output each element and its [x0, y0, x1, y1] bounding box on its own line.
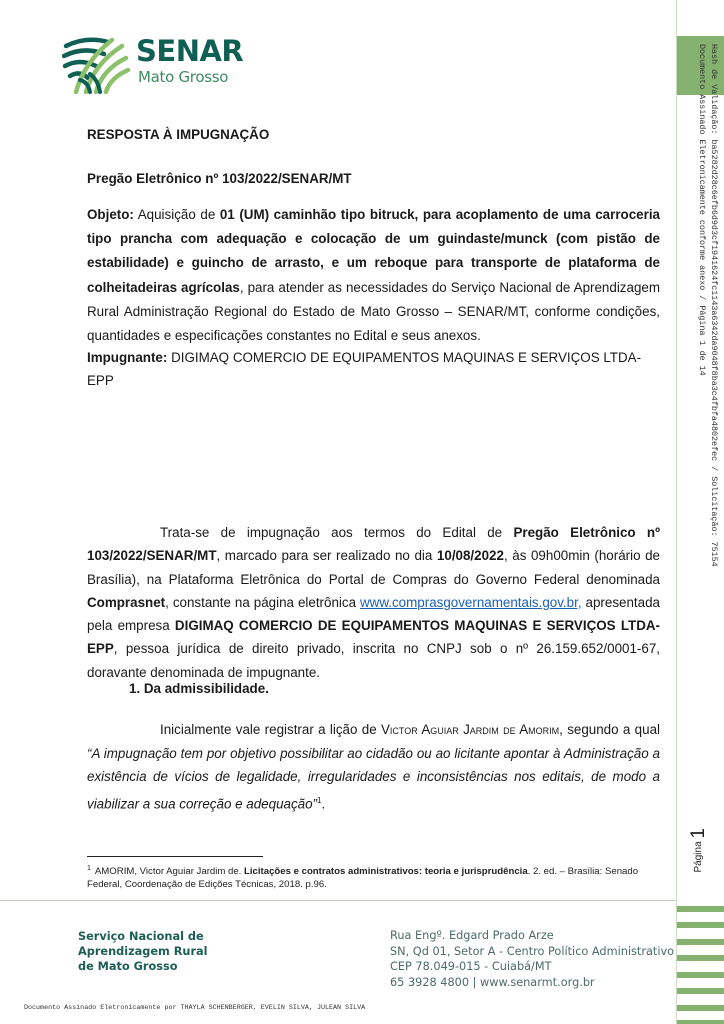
org-line: de Mato Grosso — [78, 959, 208, 974]
process-text: Pregão Eletrônico nº 103/2022/SENAR/MT — [87, 167, 660, 190]
senar-logo: SENAR Mato Grosso — [62, 32, 252, 94]
side-stripes — [677, 901, 724, 1024]
object-label: Objeto: — [87, 207, 134, 222]
signature-bar: Documento Assinado Eletronicamente por T… — [24, 1004, 365, 1012]
para1-text: , constante na página eletrônica — [165, 595, 360, 610]
para1-platform: Comprasnet — [87, 595, 165, 610]
address-line: SN, Qd 01, Setor A - Centro Político Adm… — [390, 944, 674, 960]
org-line: Aprendizagem Rural — [78, 944, 208, 959]
document-title: RESPOSTA À IMPUGNAÇÃO — [87, 123, 660, 146]
footer-organization: Serviço Nacional de Aprendizagem Rural d… — [78, 929, 208, 974]
object-paragraph: Objeto: Aquisição de 01 (UM) caminhão ti… — [87, 203, 660, 348]
impugnante-value: DIGIMAQ COMERCIO DE EQUIPAMENTOS MAQUINA… — [87, 350, 641, 388]
footnote-text: AMORIM, Victor Aguiar Jardim de. — [95, 866, 244, 877]
validation-hash: Hash de Validação: ba5282d28c6efb6d9d3cf… — [708, 44, 720, 567]
paragraph-admissibility: Inicialmente vale registrar a lição de V… — [87, 718, 660, 816]
section-1-title: 1. Da admissibilidade. — [129, 677, 649, 700]
impugnante-label: Impugnante: — [87, 350, 167, 365]
page-label: Página — [693, 841, 704, 872]
comprasgov-link[interactable]: www.comprasgovernamentais.gov.br, — [360, 595, 582, 610]
footnote-divider — [87, 856, 263, 857]
paragraph-intro: Trata-se de impugnação aos termos do Edi… — [87, 521, 660, 684]
address-line: CEP 78.049-015 - Cuiabá/MT — [390, 959, 674, 975]
page-number: 1 — [688, 828, 709, 839]
section-heading: 1. Da admissibilidade. — [129, 677, 649, 700]
footer-address: Rua Engº. Edgard Prado Arze SN, Qd 01, S… — [390, 928, 674, 990]
process-number: Pregão Eletrônico nº 103/2022/SENAR/MT — [87, 167, 660, 190]
para1-date: 10/08/2022 — [437, 548, 504, 563]
para1-text: Trata-se de impugnação aos termos do Edi… — [160, 525, 513, 540]
para2-end: . — [321, 796, 325, 811]
org-line: Serviço Nacional de — [78, 929, 208, 944]
footer-divider — [0, 900, 677, 901]
para2-text: Inicialmente vale registrar a lição de — [160, 722, 381, 737]
footnote-number: 1 — [87, 865, 91, 872]
address-line: Rua Engº. Edgard Prado Arze — [390, 928, 674, 944]
side-validation: Hash de Validação: ba5282d28c6efb6d9d3cf… — [680, 44, 724, 584]
para1-text: , pessoa jurídica de direito privado, in… — [87, 641, 660, 679]
logo-brand: SENAR — [136, 34, 243, 68]
wheat-field-logo-icon — [62, 32, 132, 94]
footnote: 1AMORIM, Victor Aguiar Jardim de. Licita… — [87, 862, 660, 891]
cited-author: Victor Aguiar Jardim de Amorim — [381, 722, 559, 737]
page-indicator: Página 1 — [688, 828, 710, 873]
logo-subtitle: Mato Grosso — [138, 68, 228, 86]
impugnante-paragraph: Impugnante: DIGIMAQ COMERCIO DE EQUIPAME… — [87, 346, 647, 392]
side-margin-rule — [676, 0, 677, 1024]
address-contact: 65 3928 4800 | www.senarmt.org.br — [390, 975, 674, 991]
title-text: RESPOSTA À IMPUGNAÇÃO — [87, 123, 660, 146]
signature-notice: Documento Assinado Eletronicamente confo… — [696, 44, 708, 376]
citation-quote: “A impugnação tem por objetivo possibili… — [87, 746, 660, 812]
para2-text: , segundo a qual — [559, 722, 660, 737]
footnote-book-title: Licitações e contratos administrativos: … — [244, 866, 528, 877]
object-intro: Aquisição de — [134, 207, 220, 222]
para1-text: , marcado para ser realizado no dia — [217, 548, 437, 563]
